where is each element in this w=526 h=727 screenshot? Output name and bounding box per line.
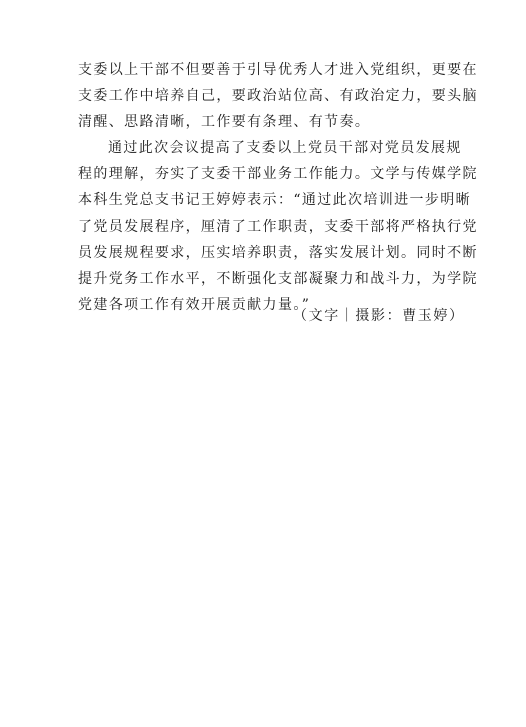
text-line: 员发展规程要求，压实培养职责，落实发展计划。同时不断 (78, 240, 450, 266)
document-page: 支委以上干部不但要善于引导优秀人才进入党组织，更要在 支委工作中培养自己，要政治… (0, 0, 526, 727)
text-line: 支委以上干部不但要善于引导优秀人才进入党组织，更要在 (78, 57, 450, 83)
paragraph-2: 通过此次会议提高了支委以上党员干部对党员发展规 程的理解，夯实了支委干部业务工作… (78, 135, 450, 318)
text-line: 程的理解，夯实了支委干部业务工作能力。文学与传媒学院 (78, 161, 450, 187)
photo-credit: （文字｜摄影：曹玉婷） (293, 303, 465, 329)
text-line: 支委工作中培养自己，要政治站位高、有政治定力，要头脑 (78, 83, 450, 109)
paragraph-1: 支委以上干部不但要善于引导优秀人才进入党组织，更要在 支委工作中培养自己，要政治… (78, 57, 450, 135)
text-line: 提升党务工作水平，不断强化支部凝聚力和战斗力，为学院 (78, 266, 450, 292)
article-body: 支委以上干部不但要善于引导优秀人才进入党组织，更要在 支委工作中培养自己，要政治… (78, 57, 450, 318)
text-line: 通过此次会议提高了支委以上党员干部对党员发展规 (78, 135, 450, 161)
text-line: 了党员发展程序，厘清了工作职责，支委干部将严格执行党 (78, 214, 450, 240)
text-line: 本科生党总支书记王婷婷表示：“通过此次培训进一步明晰 (78, 187, 450, 213)
text-line: 清醒、思路清晰，工作要有条理、有节奏。 (78, 109, 450, 135)
